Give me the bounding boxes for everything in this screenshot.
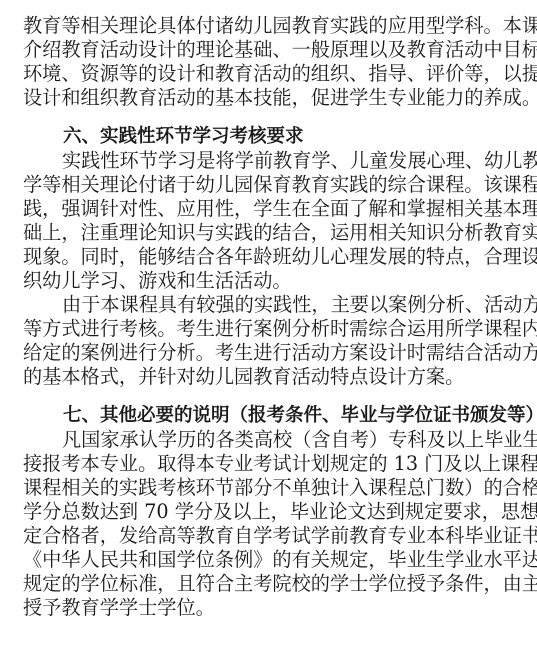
text-line: 定合格者，发给高等教育自学考试学前教育专业本科毕业证书。根据 (23, 524, 515, 548)
text-line: 学等相关理论付诸于幼儿园保育教育实践的综合课程。该课程立足实 (23, 173, 515, 197)
text-line: 《中华人民共和国学位条例》的有关规定，毕业生学业水平达到国家 (23, 548, 515, 572)
text-line: 介绍教育活动设计的理论基础、一般原理以及教育活动中目标、内容、 (23, 38, 515, 62)
text-line: 的基本格式，并针对幼儿园教育活动特点设计方案。 (23, 365, 515, 389)
text-line: 践，强调针对性、应用性，学生在全面了解和掌握相关基本理论的基 (23, 197, 515, 221)
text-line: 由于本课程具有较强的实践性，主要以案例分析、活动方案设计 (23, 293, 515, 317)
text-line: 础上，注重理论知识与实践的结合，运用相关知识分析教育实践中的 (23, 221, 515, 245)
spacer (23, 110, 515, 125)
text-line: 接报考本专业。取得本专业考试计划规定的 13 门及以上课程（考试 (23, 452, 515, 476)
text-line: 实践性环节学习是将学前教育学、儿童发展心理、幼儿教育心理 (23, 149, 515, 173)
text-line: 织幼儿学习、游戏和生活活动。 (23, 269, 515, 293)
section-7-heading: 七、其他必要的说明（报考条件、毕业与学位证书颁发等） (23, 404, 515, 428)
text-line: 设计和组织教育活动的基本技能，促进学生专业能力的养成。 (23, 86, 515, 110)
document-page: 教育等相关理论具体付诸幼儿园教育实践的应用型学科。本课程主要 介绍教育活动设计的… (23, 14, 515, 620)
spacer (23, 389, 515, 404)
text-line: 授予教育学学士学位。 (23, 596, 515, 620)
text-line: 学分总数达到 70 学分及以上，毕业论文达到规定要求，思想品德鉴 (23, 500, 515, 524)
text-line: 规定的学位标准，且符合主考院校的学士学位授予条件，由主考院校 (23, 572, 515, 596)
text-line: 现象。同时，能够结合各年龄班幼儿心理发展的特点，合理设计和组 (23, 245, 515, 269)
section-6-paragraph-2: 由于本课程具有较强的实践性，主要以案例分析、活动方案设计 等方式进行考核。考生进… (23, 293, 515, 389)
section-6-paragraph-1: 实践性环节学习是将学前教育学、儿童发展心理、幼儿教育心理 学等相关理论付诸于幼儿… (23, 149, 515, 293)
intro-paragraph: 教育等相关理论具体付诸幼儿园教育实践的应用型学科。本课程主要 介绍教育活动设计的… (23, 14, 515, 110)
text-line: 给定的案例进行分析。考生进行活动方案设计时需结合活动方案设计 (23, 341, 515, 365)
text-line: 凡国家承认学历的各类高校（含自考）专科及以上毕业生均可直 (23, 428, 515, 452)
text-line: 教育等相关理论具体付诸幼儿园教育实践的应用型学科。本课程主要 (23, 14, 515, 38)
section-6-heading: 六、实践性环节学习考核要求 (23, 125, 515, 149)
text-line: 等方式进行考核。考生进行案例分析时需综合运用所学课程内容，对 (23, 317, 515, 341)
text-line: 环境、资源等的设计和教育活动的组织、指导、评价等，以提高学生 (23, 62, 515, 86)
section-7-paragraph-1: 凡国家承认学历的各类高校（含自考）专科及以上毕业生均可直 接报考本专业。取得本专… (23, 428, 515, 620)
text-line: 课程相关的实践考核环节部分不单独计入课程总门数）的合格成绩， (23, 476, 515, 500)
